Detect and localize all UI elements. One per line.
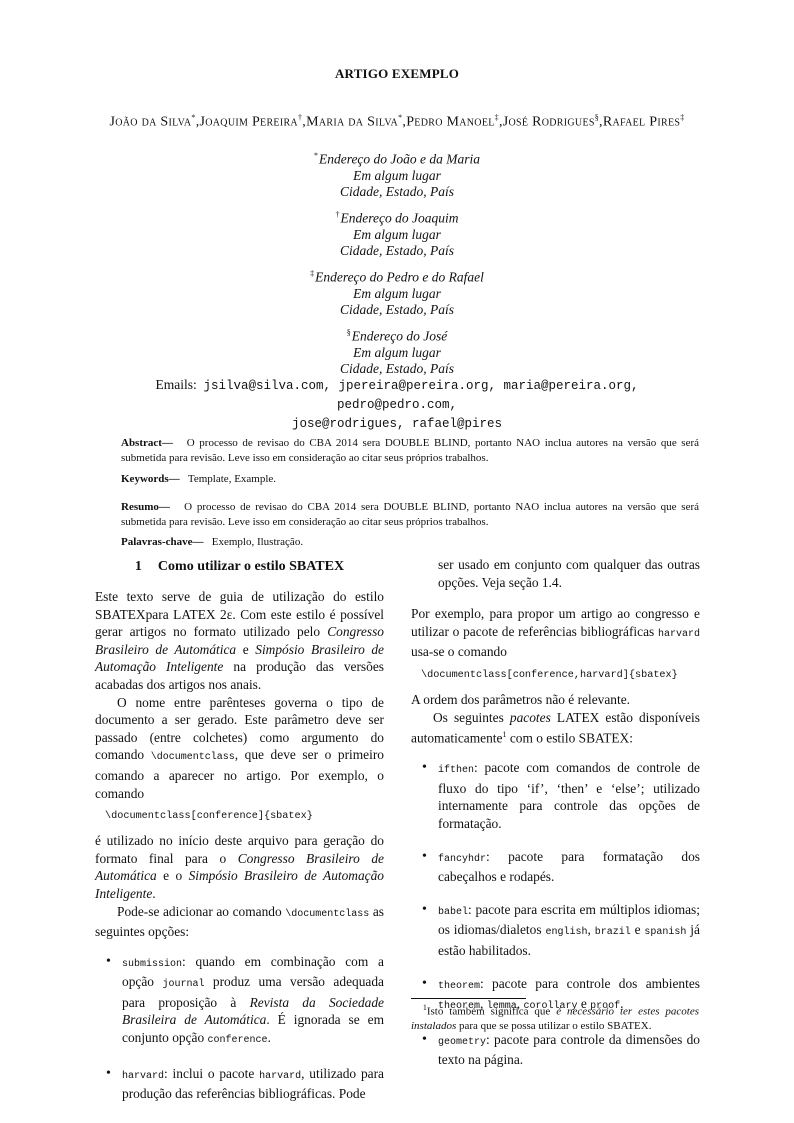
inline-code: spanish xyxy=(644,927,686,938)
paper-page: ARTIGO EXEMPLO João da Silva*,Joaquim Pe… xyxy=(0,0,794,1123)
footnote-rule xyxy=(411,998,526,999)
resumo-label: Resumo— xyxy=(121,501,170,513)
author-name: José Rodrigues xyxy=(503,115,595,130)
inline-code: harvard xyxy=(658,629,700,640)
inline-code: harvard xyxy=(122,1071,164,1082)
author-name: Pedro Manoel xyxy=(406,115,494,130)
affiliation-line: Cidade, Estado, País xyxy=(0,361,794,377)
text: e xyxy=(243,642,249,657)
keywords-text: Template, Example. xyxy=(188,473,276,485)
text: . xyxy=(152,886,155,901)
affiliation-name: Endereço do José xyxy=(352,329,447,344)
affiliation-line: Cidade, Estado, País xyxy=(0,184,794,200)
keywords-label: Keywords— xyxy=(121,473,180,485)
affiliation-list: *Endereço do João e da Maria Em algum lu… xyxy=(0,148,794,384)
author-list: João da Silva*,Joaquim Pereira†,Maria da… xyxy=(100,108,694,133)
inline-code: ifthen xyxy=(438,765,474,776)
text: Por exemplo, para propor um artigo ao co… xyxy=(411,606,700,639)
section-title: Como utilizar o estilo SBATEX xyxy=(158,559,344,574)
list-item: fancyhdr: pacote para formatação dos cab… xyxy=(411,848,700,886)
inline-code: conference xyxy=(208,1035,268,1046)
affiliation-line: Em algum lugar xyxy=(0,286,794,302)
affiliation-mark: * xyxy=(314,151,318,160)
paragraph: Pode-se adicionar ao comando \documentcl… xyxy=(95,903,384,941)
paragraph: Por exemplo, para propor um artigo ao co… xyxy=(411,605,700,661)
emails-line-1: jsilva@silva.com, jpereira@pereira.org, … xyxy=(203,379,638,412)
options-list: submission: quando em combinação com a o… xyxy=(95,953,384,1103)
resumo-text: O processo de revisao do CBA 2014 sera D… xyxy=(121,501,699,528)
palavras-chave-text: Exemplo, Ilustração. xyxy=(212,536,303,548)
inline-code: journal xyxy=(162,979,204,990)
text: Os seguintes xyxy=(433,710,504,725)
affiliation: §Endereço do José Em algum lugar Cidade,… xyxy=(0,325,794,377)
palavras-chave-label: Palavras-chave— xyxy=(121,536,203,548)
text: . xyxy=(268,1030,271,1045)
affiliation-mark: § xyxy=(347,328,351,337)
list-item: geometry: pacote para controle da dimens… xyxy=(411,1031,700,1069)
inline-code: harvard xyxy=(259,1071,301,1082)
inline-code: geometry xyxy=(438,1037,486,1048)
list-item: babel: pacote para escrita em múltiplos … xyxy=(411,901,700,960)
inline-code: theorem xyxy=(438,981,480,992)
affiliation: ‡Endereço do Pedro e do Rafael Em algum … xyxy=(0,266,794,318)
inline-code: submission xyxy=(122,959,182,970)
footnote: 1Isto também significa que é necessário … xyxy=(411,1001,699,1034)
affiliation: *Endereço do João e da Maria Em algum lu… xyxy=(0,148,794,200)
paragraph: Os seguintes pacotes LATEX estão disponí… xyxy=(411,709,700,748)
section-heading: 1Como utilizar o estilo SBATEX xyxy=(95,556,384,576)
text: : pacote para controle dos ambientes xyxy=(480,976,700,991)
abstract-text: O processo de revisao do CBA 2014 sera D… xyxy=(121,437,699,464)
text: : pacote com comandos de controle de flu… xyxy=(438,760,700,831)
affiliation-name: Endereço do Joaquim xyxy=(341,211,459,226)
section-number: 1 xyxy=(135,559,142,574)
palavras-chave: Palavras-chave— Exemplo, Ilustração. xyxy=(121,535,699,550)
text: para que se possa utilizar o estilo SBAT… xyxy=(459,1020,651,1032)
affiliation-name: Endereço do João e da Maria xyxy=(319,152,480,167)
text: e o xyxy=(163,868,182,883)
paragraph: A ordem dos parâmetros não é relevante. xyxy=(411,691,700,709)
text: Pode-se adicionar ao comando xyxy=(117,904,282,919)
list-item-continued: ser usado em conjunto com qualquer das o… xyxy=(411,556,700,591)
affiliation-mark: ‡ xyxy=(310,269,314,278)
abstract: Abstract— O processo de revisao do CBA 2… xyxy=(121,436,699,466)
affiliation-line: Em algum lugar xyxy=(0,227,794,243)
code-line: \documentclass[conference,harvard]{sbate… xyxy=(421,667,700,685)
inline-code: english xyxy=(545,927,587,938)
keywords: Keywords— Template, Example. xyxy=(121,472,699,487)
affiliation-line: Cidade, Estado, País xyxy=(0,243,794,259)
affiliation-name: Endereço do Pedro e do Rafael xyxy=(315,270,484,285)
left-column: 1Como utilizar o estilo SBATEX Este text… xyxy=(95,556,384,1118)
emails-line-2: jose@rodrigues, rafael@pires xyxy=(292,417,502,431)
footnote-ref[interactable]: 1 xyxy=(502,730,506,739)
author-name: Maria da Silva xyxy=(306,115,398,130)
text: : inclui o pacote xyxy=(164,1066,254,1081)
list-item: submission: quando em combinação com a o… xyxy=(95,953,384,1050)
affiliation-line: Em algum lugar xyxy=(0,168,794,184)
inline-code: babel xyxy=(438,907,468,918)
emphasis: pacotes xyxy=(510,710,551,725)
paper-title: ARTIGO EXEMPLO xyxy=(0,66,794,82)
affiliation-mark: † xyxy=(336,210,340,219)
email-list: Emails: jsilva@silva.com, jpereira@perei… xyxy=(100,376,694,433)
abstract-label: Abstract— xyxy=(121,437,173,449)
inline-code: \documentclass xyxy=(285,909,369,920)
resumo: Resumo— O processo de revisao do CBA 201… xyxy=(121,500,699,530)
inline-code: brazil xyxy=(595,927,631,938)
affiliation-line: Em algum lugar xyxy=(0,345,794,361)
inline-code: fancyhdr xyxy=(438,854,486,865)
text: usa-se o comando xyxy=(411,644,507,659)
list-item: harvard: inclui o pacote harvard, utiliz… xyxy=(95,1065,384,1103)
paragraph: O nome entre parênteses governa o tipo d… xyxy=(95,694,384,803)
affiliation-line: Cidade, Estado, País xyxy=(0,302,794,318)
paragraph: Este texto serve de guia de utilização d… xyxy=(95,588,384,694)
list-item: ifthen: pacote com comandos de controle … xyxy=(411,759,700,832)
author-mark: ‡ xyxy=(680,113,684,122)
text: com o estilo SBATEX: xyxy=(510,731,633,746)
author-name: Rafael Pires xyxy=(603,115,680,130)
author-name: João da Silva xyxy=(109,115,191,130)
text: , xyxy=(587,922,590,937)
paragraph: é utilizado no início deste arquivo para… xyxy=(95,832,384,902)
text: e xyxy=(635,922,641,937)
code-line: \documentclass[conference]{sbatex} xyxy=(105,808,384,826)
inline-code: \documentclass xyxy=(151,752,235,763)
emails-label: Emails: xyxy=(155,377,196,392)
affiliation: †Endereço do Joaquim Em algum lugar Cida… xyxy=(0,207,794,259)
text: Isto também significa que xyxy=(427,1006,550,1018)
author-name: Joaquim Pereira xyxy=(200,115,298,130)
